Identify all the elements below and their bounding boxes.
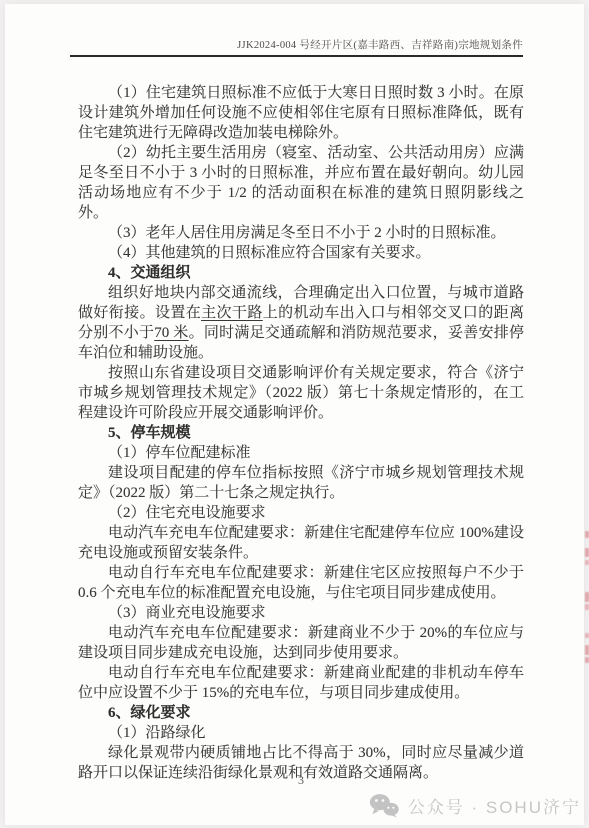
paragraph-commercial-ev-charging: 电动汽车充电车位配建要求：新建商业不少于 20%的车位应与建设项目同步建成充电设… [78,623,524,663]
red-edge-mark [585,531,589,538]
red-edge-marks [583,0,589,828]
red-edge-mark [585,604,589,610]
paragraph-parking-standard: 建设项目配建的停车位指标按照《济宁市城乡规划管理技术规定》（2022 版）第二十… [78,463,524,503]
paragraph-greening-roadside-title: （1）沿路绿化 [78,723,524,743]
paragraph-sunlight-elderly: （3）老年人居住用房满足冬至日不小于 2 小时的日照标准。 [78,223,524,243]
paragraph-commercial-charging-title: （3）商业充电设施要求 [78,603,524,623]
watermark-label: 公众号 · SOHU济宁 [408,793,581,818]
section-heading-parking: 5、停车规模 [78,423,524,443]
paragraph-sunlight-kindergarten: （2）幼托主要生活用房（寝室、活动室、公共活动用房）应满足冬至日不小于 3 小时… [78,143,524,223]
page-number: 3 [78,773,524,788]
traffic-flow-underlined-road: 主次干路 [201,305,263,321]
red-edge-mark [585,657,589,663]
header-rule [70,55,523,57]
sohu-watermark: 公众号 · SOHU济宁 [369,793,581,818]
paragraph-sunlight-residential: （1）住宅建筑日照标准不应低于大寒日日照时数 3 小时。在原设计建筑外增加任何设… [78,83,524,143]
paragraph-sunlight-other: （4）其他建筑的日照标准应符合国家有关要求。 [78,243,524,263]
red-edge-mark [585,645,589,655]
red-edge-mark [585,548,589,557]
wechat-icon [369,793,399,818]
paragraph-traffic-flow: 组织好地块内部交通流线，合理确定出入口位置，与城市道路做好衔接。设置在主次干路上… [78,283,524,363]
section-heading-traffic: 4、交通组织 [78,263,524,283]
traffic-flow-underlined-distance: 70 米 [154,325,188,341]
paragraph-residential-ev-charging: 电动汽车充电车位配建要求：新建住宅配建停车位应 100%建设充电设施或预留安装条… [78,523,524,563]
red-edge-mark [585,592,589,602]
paragraph-residential-charging-title: （2）住宅充电设施要求 [78,503,524,523]
paragraph-traffic-impact: 按照山东省建设项目交通影响评价有关规定要求，符合《济宁市城乡规划管理技术规定》（… [78,363,524,423]
paragraph-commercial-ebike-charging: 电动自行车充电车位配建要求：新建商业配建的非机动车停车位中应设置不少于 15%的… [78,663,524,703]
red-edge-mark [585,560,589,565]
document-body: （1）住宅建筑日照标准不应低于大寒日日照时数 3 小时。在原设计建筑外增加任何设… [78,83,524,783]
paragraph-parking-standard-title: （1）停车位配建标准 [78,443,524,463]
section-heading-greening: 6、绿化要求 [78,703,524,723]
paragraph-residential-ebike-charging: 电动自行车充电车位配建要求：新建住宅区应按照每户不少于 0.6 个充电车位的标准… [78,563,524,603]
page-header-title: JJK2024-004 号经开片区(嘉丰路西、吉祥路南)宗地规划条件 [70,37,523,52]
red-edge-mark [585,633,589,638]
